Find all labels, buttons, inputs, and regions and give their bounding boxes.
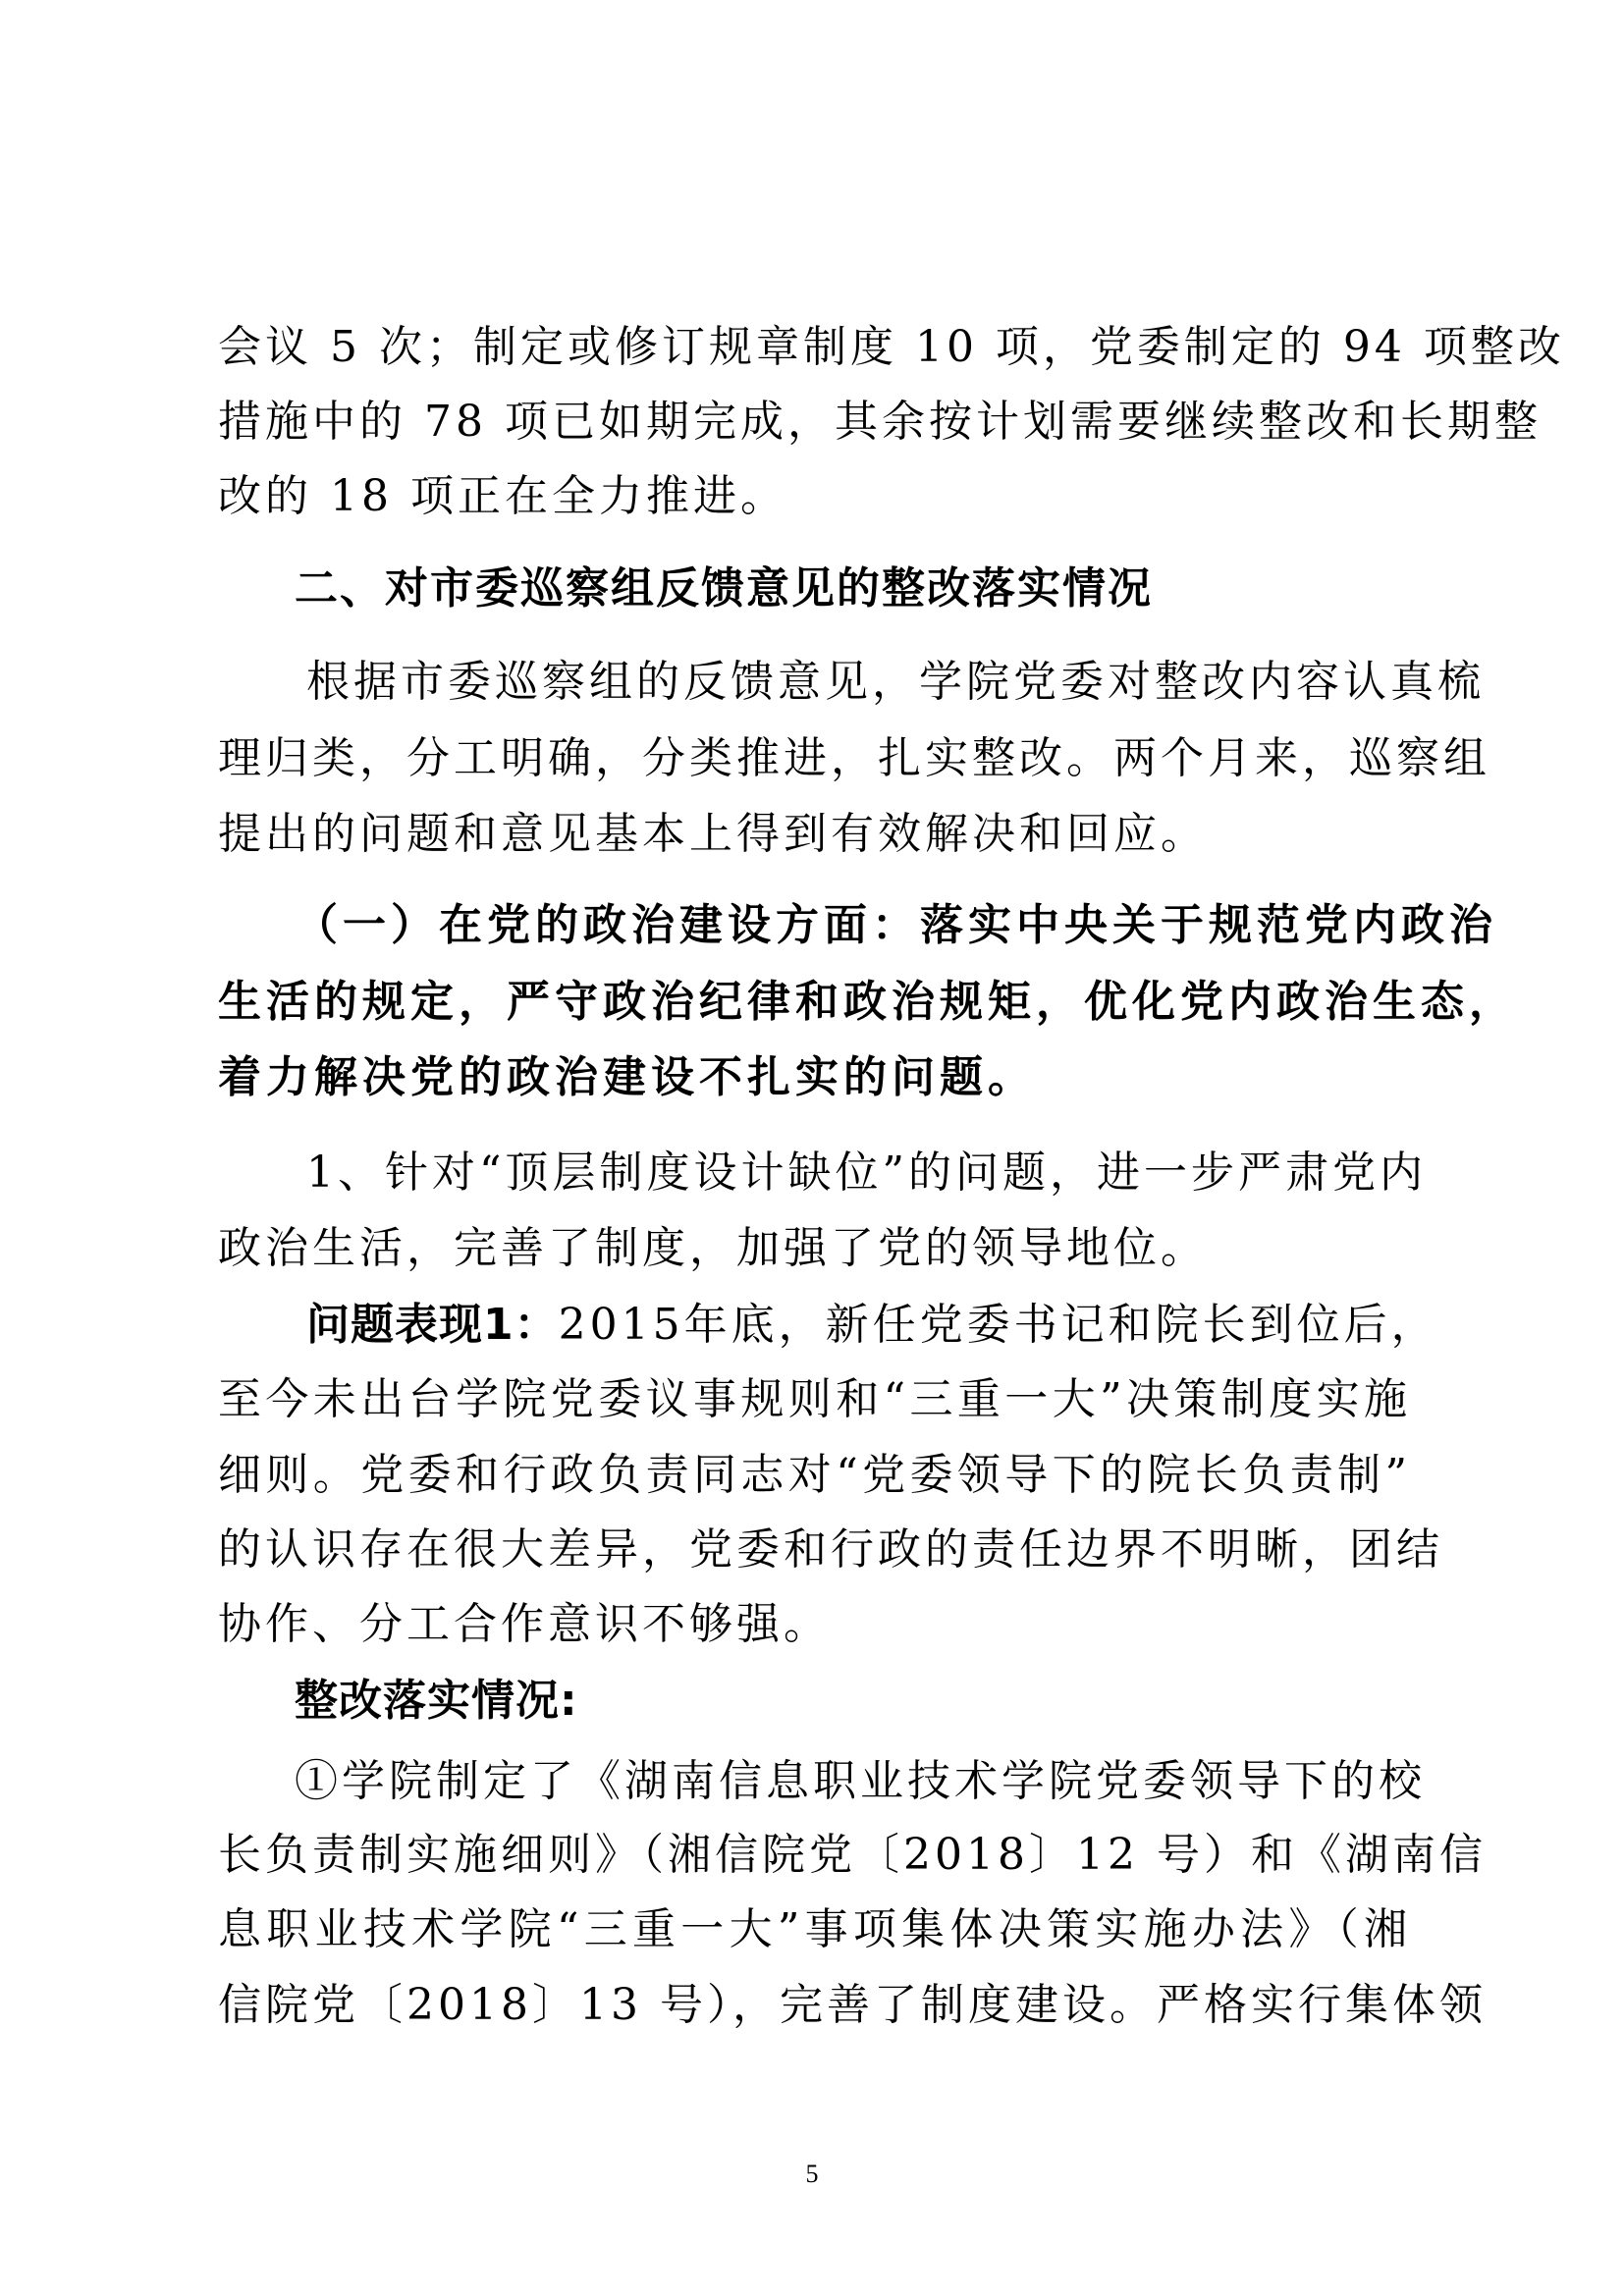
text-line: 长负责制实施细则》（湘信院党〔2018〕12 号）和《湖南信 [218, 1826, 1411, 1885]
text-line: 政治生活，完善了制度，加强了党的领导地位。 [218, 1219, 1411, 1278]
problem-label: 问题表现1： [306, 1300, 559, 1350]
text-line: 1、针对“顶层制度设计缺位”的问题，进一步严肃党内 [306, 1144, 1411, 1202]
text-line: 的认识存在很大差异，党委和行政的责任边界不明晰，团结 [218, 1521, 1411, 1579]
text-line: 提出的问题和意见基本上得到有效解决和回应。 [218, 805, 1411, 864]
document-page: 会议 5 次；制定或修订规章制度 10 项，党委制定的 94 项整改 措施中的 … [0, 0, 1624, 2296]
text-line: ①学院制定了《湖南信息职业技术学院党委领导下的校 [295, 1752, 1411, 1811]
text-line: 根据市委巡察组的反馈意见，学院党委对整改内容认真梳 [306, 653, 1411, 712]
problem-text: 2015年底，新任党委书记和院长到位后， [559, 1300, 1438, 1350]
text-line: 生活的规定，严守政治纪律和政治规矩，优化党内政治生态， [218, 973, 1411, 1032]
text-line: 会议 5 次；制定或修订规章制度 10 项，党委制定的 94 项整改 [218, 318, 1411, 377]
text-line: 细则。党委和行政负责同志对“党委领导下的院长负责制” [218, 1446, 1411, 1505]
rectification-label: 整改落实情况: [295, 1672, 1411, 1731]
text-line: 着力解决党的政治建设不扎实的问题。 [218, 1048, 1411, 1107]
text-line: 措施中的 78 项已如期完成，其余按计划需要继续整改和长期整 [218, 393, 1411, 452]
text-line: 理归类，分工明确，分类推进，扎实整改。两个月来，巡察组 [218, 729, 1411, 788]
page-number: 5 [0, 2160, 1624, 2189]
text-line: 至今未出台学院党委议事规则和“三重一大”决策制度实施 [218, 1370, 1411, 1429]
text-line: 信院党〔2018〕13 号），完善了制度建设。严格实行集体领 [218, 1976, 1411, 2035]
text-line: 息职业技术学院“三重一大”事项集体决策实施办法》（湘 [218, 1900, 1411, 1959]
text-line: 协作、分工合作意识不够强。 [218, 1595, 1411, 1654]
text-line: 改的 18 项正在全力推进。 [218, 467, 1411, 526]
text-line: （一）在党的政治建设方面：落实中央关于规范党内政治 [295, 896, 1411, 955]
section-heading: 二、对市委巡察组反馈意见的整改落实情况 [295, 560, 1411, 618]
text-line: 问题表现1：2015年底，新任党委书记和院长到位后， [306, 1296, 1411, 1355]
